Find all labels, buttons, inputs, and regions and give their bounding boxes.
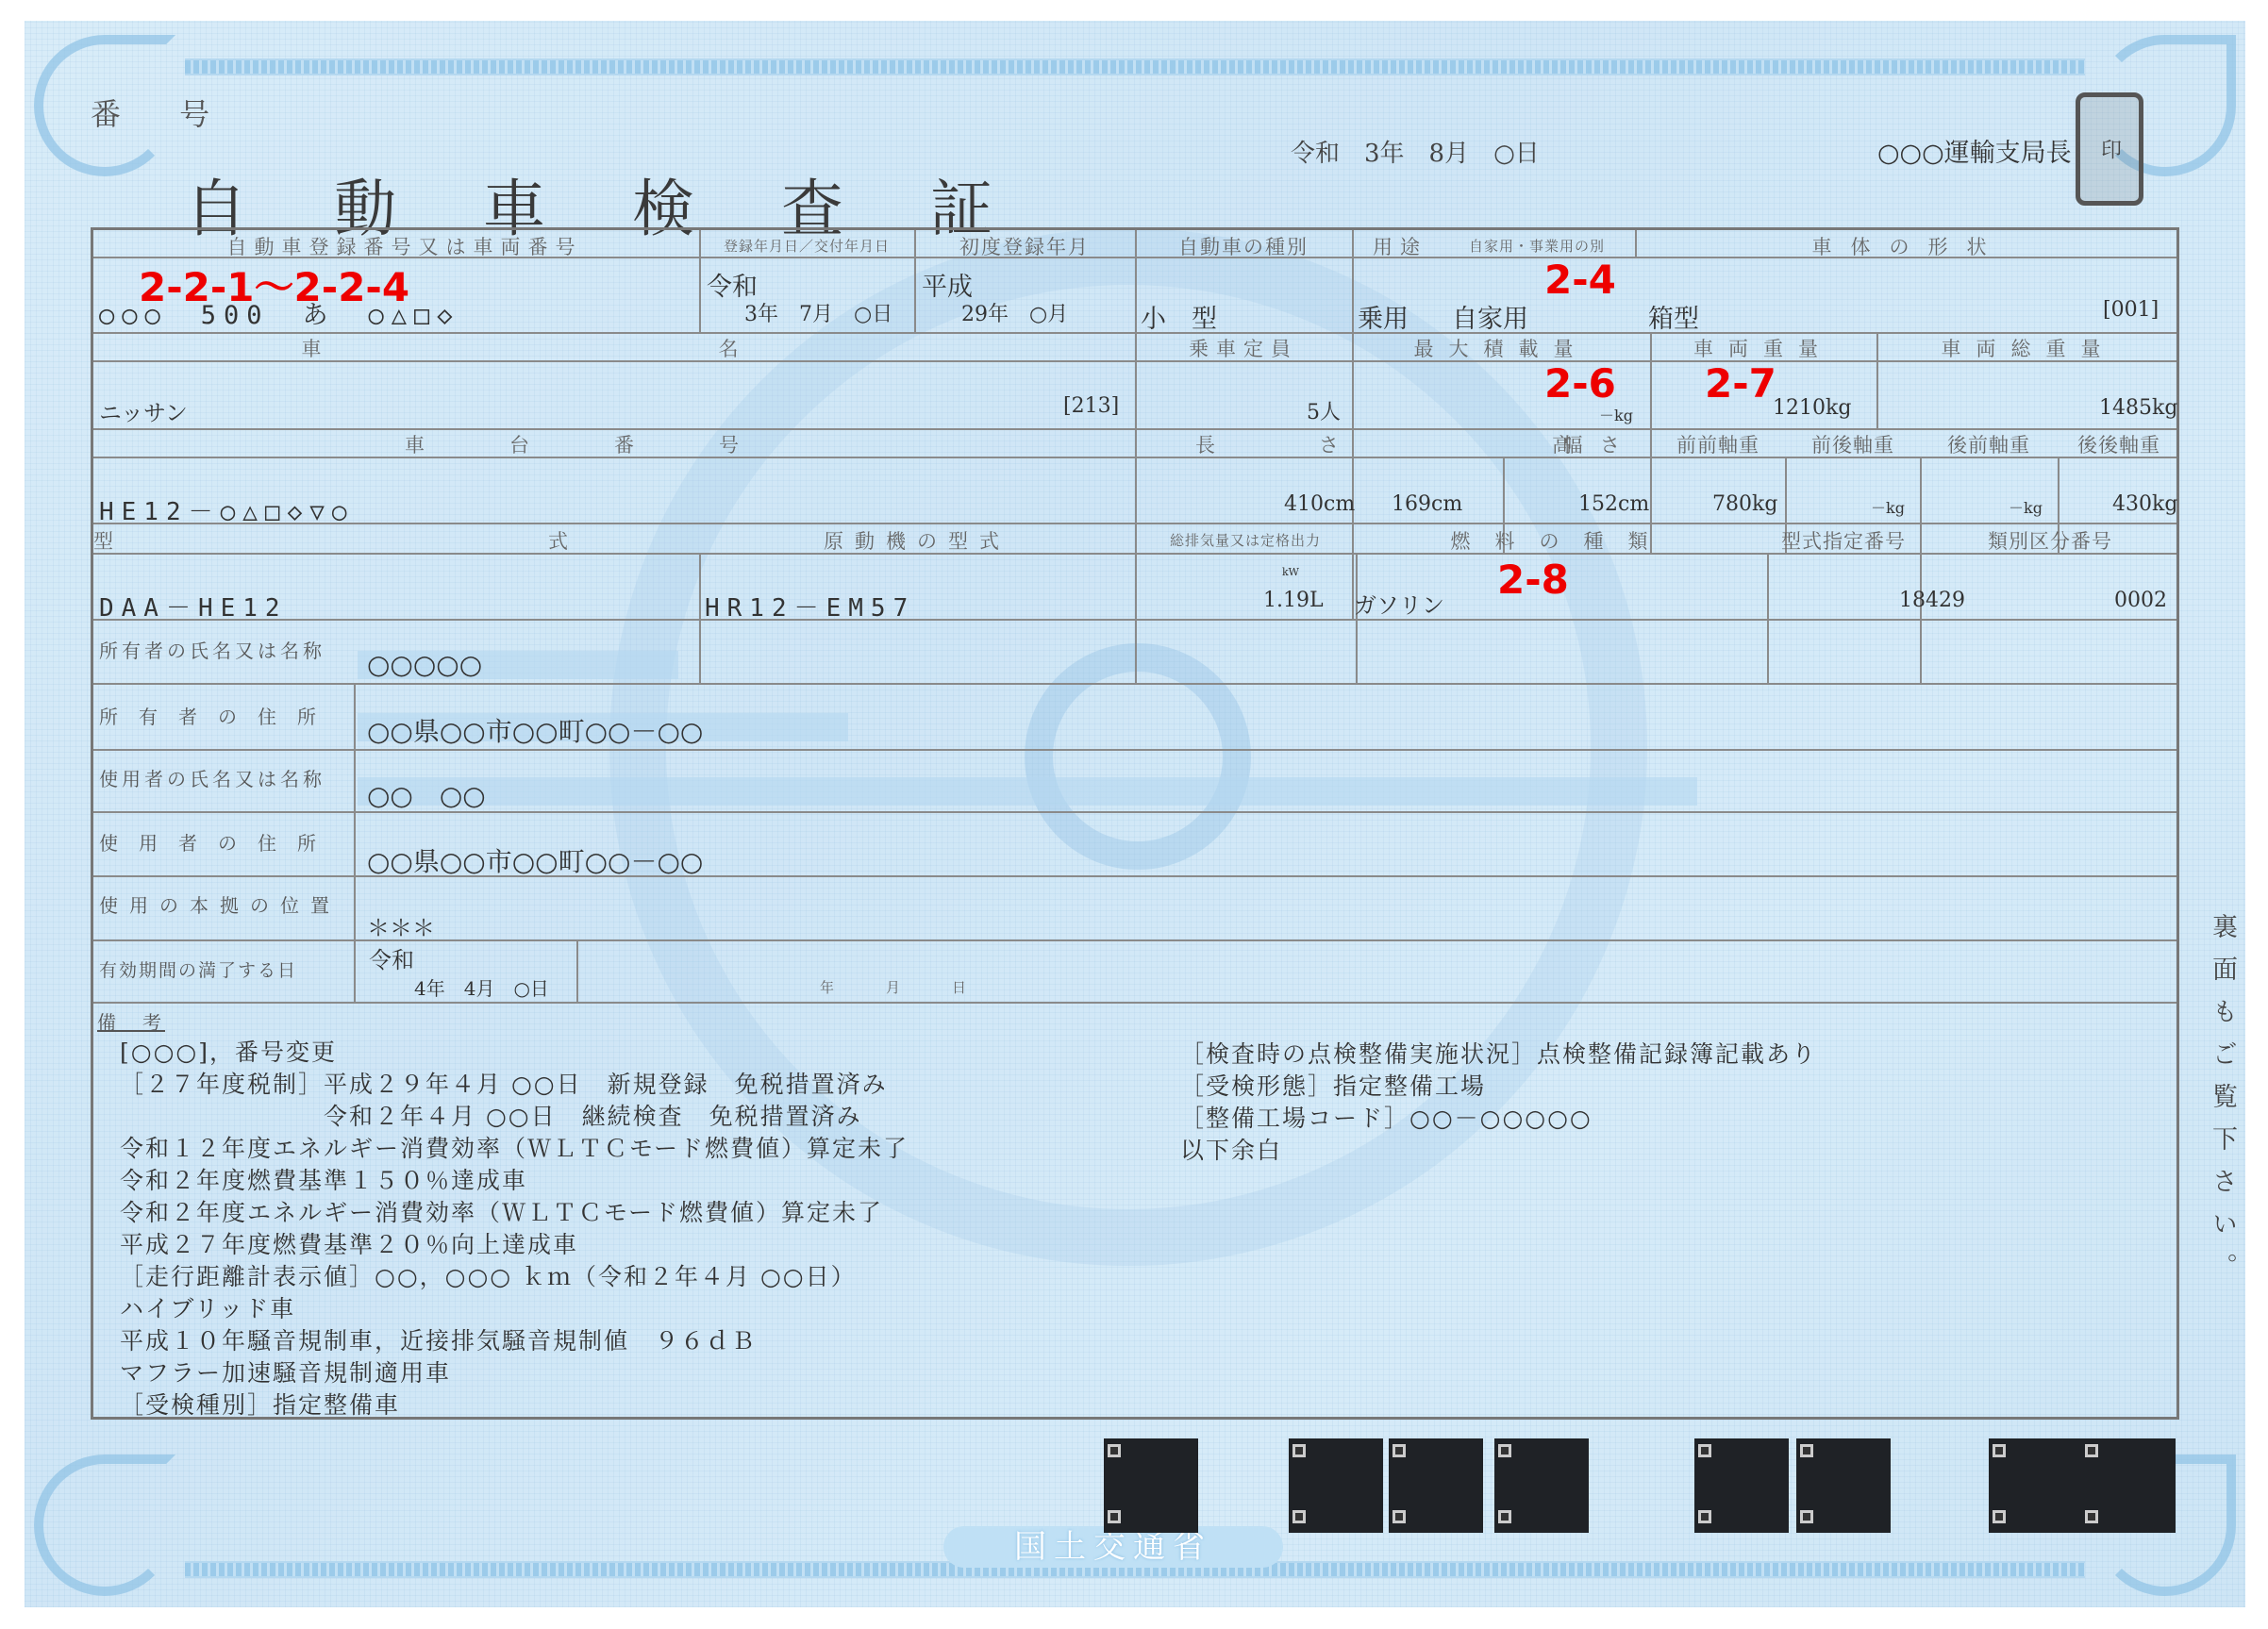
redacted-code-block — [1989, 1438, 2083, 1533]
user-address: ○○県○○市○○町○○－○○ — [367, 841, 703, 879]
remark-line: 平成２７年度燃費基準２０％向上達成車 — [120, 1226, 578, 1260]
header-fr-axle: 前後軸重 — [1787, 430, 1919, 458]
remark-line: 以下余白 — [1180, 1132, 1282, 1166]
label-user-name: 使用者の氏名又は名称 — [99, 764, 325, 791]
redacted-code-block — [1694, 1438, 1789, 1533]
corner-scroll-icon — [34, 1454, 175, 1596]
annotation-label: 2-6 — [1544, 360, 1616, 407]
highlight-band — [358, 777, 1697, 806]
fuel-type: ガソリン — [1354, 587, 1444, 620]
back-side-note: 裏面もご覧下さい。 — [2204, 913, 2241, 1295]
label-user-address: 使用者の住所 — [99, 828, 337, 856]
usage: 乗用 — [1358, 298, 1409, 335]
displacement-unit: kW — [1282, 566, 1299, 578]
first-registration: 29年 ○月 — [961, 298, 1068, 327]
remark-line: ［受検形態］指定整備工場 — [1180, 1068, 1486, 1102]
header-car-name: 車 名 — [93, 334, 1135, 362]
remark-line: [○○○]，番号変更 — [120, 1034, 337, 1068]
user-name: ○○ ○○ — [367, 775, 486, 813]
header-vehicle-type: 自動車の種別 — [1137, 232, 1350, 260]
redacted-code-block — [1289, 1438, 1383, 1533]
remark-line: ［走行距離計表示値］○○，○○○ ｋｍ（令和２年４月 ○○日） — [120, 1258, 857, 1292]
rf-axle: －kg — [2009, 496, 2043, 518]
body-shape-code: [001] — [2103, 298, 2159, 322]
certificate-table: 自動車登録番号又は車両番号 登録年月日／交付年月日 初度登録年月 自動車の種別 … — [91, 227, 2179, 1420]
capacity: 5人 — [1307, 396, 1341, 425]
expiry-date: 4年 4月 ○日 — [414, 973, 549, 1001]
issuer-name: ○○○運輸支局長 — [1877, 132, 2072, 169]
redacted-code-block — [1104, 1438, 1198, 1533]
label-base-location: 使用の本拠の位置 — [99, 890, 341, 918]
header-category-number: 類別区分番号 — [1922, 526, 2178, 555]
header-rf-axle: 後前軸重 — [1922, 430, 2056, 458]
redacted-code-block — [1796, 1438, 1891, 1533]
remark-line: ［整備工場コード］○○－○○○○○ — [1180, 1100, 1593, 1134]
car-name-code: [213] — [1063, 394, 1119, 418]
annotation-label: 2-7 — [1705, 360, 1776, 407]
remark-line: 令和１２年度エネルギー消費効率（ＷＬＴＣモード燃費値）算定未了 — [120, 1130, 909, 1164]
header-type-designation: 型式指定番号 — [1769, 526, 1918, 555]
header-vehicle-weight: 車両重量 — [1652, 334, 1875, 362]
annotation-label: 2-4 — [1544, 257, 1616, 303]
remark-line: マフラー加速騒音規制適用車 — [120, 1355, 451, 1388]
header-gross-weight: 車両総重量 — [1878, 334, 2178, 362]
width: 169cm — [1392, 492, 1462, 516]
remark-line: ［検査時の点検整備実施状況］点検整備記録簿記載あり — [1180, 1036, 1817, 1070]
header-fuel: 燃料の種類 — [1358, 526, 1765, 555]
issue-date: 令和 3年 8月 ○日 — [1291, 134, 1540, 169]
displacement: 1.19L — [1263, 589, 1324, 612]
number-label: 番 号 — [91, 91, 234, 134]
remark-line: 平成１０年騒音規制車，近接排気騒音規制値 ９６ｄＢ — [120, 1322, 757, 1356]
rr-axle: 430kg — [2112, 492, 2177, 516]
remark-line: ハイブリッド車 — [120, 1290, 295, 1324]
label-owner-name: 所有者の氏名又は名称 — [99, 636, 325, 663]
header-capacity: 乗車定員 — [1137, 334, 1350, 362]
label-remarks: 備 考 — [97, 1007, 165, 1035]
gross-weight: 1485kg — [2099, 396, 2177, 420]
remark-line: ［受検種別］指定整備車 — [120, 1387, 400, 1421]
annotation-label: 2-2-1～2-2-4 — [139, 257, 409, 313]
type-designation: 18429 — [1899, 589, 1965, 612]
owner-name: ○○○○○ — [367, 649, 482, 680]
chassis-number: HE12－○△□◇▽○ — [99, 492, 355, 527]
header-engine-model: 原動機の型式 — [701, 526, 1133, 555]
body-shape: 箱型 — [1648, 298, 1699, 335]
header-ff-axle: 前前軸重 — [1652, 430, 1784, 458]
header-max-load: 最大積載量 — [1354, 334, 1648, 362]
engine-model: HR12－EM57 — [705, 589, 915, 623]
registration-date: 3年 7月 ○日 — [744, 298, 892, 327]
remark-line: 令和２年度エネルギー消費効率（ＷＬＴＣモード燃費値）算定未了 — [120, 1194, 883, 1228]
annotation-label: 2-8 — [1497, 557, 1569, 603]
expiry-era: 令和 — [369, 941, 414, 974]
header-private-business: 自家用・事業用の別 — [1443, 236, 1631, 256]
header-usage: 用途 — [1367, 232, 1433, 260]
base-location: ＊＊＊ — [367, 909, 435, 942]
model: DAA－HE12 — [99, 589, 288, 623]
label-expiry: 有効期間の満了する日 — [99, 956, 297, 982]
category-number: 0002 — [2114, 589, 2167, 612]
redacted-code-block — [1494, 1438, 1589, 1533]
max-load: －kg — [1599, 404, 1633, 425]
header-model: 型 式 — [93, 526, 699, 555]
header-length: 長さ — [1137, 430, 1501, 458]
header-rr-axle: 後後軸重 — [2060, 430, 2178, 458]
header-height: 高さ — [1546, 430, 1648, 458]
top-border-ribbon — [185, 58, 2085, 75]
vehicle-type: 小 型 — [1141, 298, 1217, 335]
vehicle-weight: 1210kg — [1773, 396, 1851, 420]
header-displacement: 総排気量又は定格出力 — [1137, 530, 1354, 550]
length: 410cm — [1284, 492, 1355, 516]
label-owner-address: 所有者の住所 — [99, 702, 337, 729]
fr-axle: －kg — [1871, 496, 1905, 518]
header-first-registration: 初度登録年月 — [916, 232, 1133, 260]
header-body-shape: 車体の形状 — [1637, 232, 2180, 260]
ff-axle: 780kg — [1712, 492, 1777, 516]
remark-line: ［２７年度税制］平成２９年４月 ○○日 新規登録 免税措置済み — [120, 1066, 888, 1100]
expiry-blank: 年 月 日 — [820, 977, 985, 997]
height: 152cm — [1578, 492, 1649, 516]
header-chassis-number: 車台番号 — [93, 430, 1135, 458]
private-business: 自家用 — [1452, 298, 1528, 335]
redacted-code-block — [1389, 1438, 1483, 1533]
official-seal-icon: 印 — [2076, 92, 2143, 206]
owner-address: ○○県○○市○○町○○－○○ — [367, 711, 703, 749]
header-registration-date: 登録年月日／交付年月日 — [701, 236, 912, 256]
remark-line: 令和２年度燃費基準１５０％達成車 — [120, 1162, 527, 1196]
car-name: ニッサン — [99, 394, 188, 427]
redacted-code-block — [2081, 1438, 2176, 1533]
remark-line: 令和２年４月 ○○日 継続検査 免税措置済み — [120, 1098, 862, 1132]
